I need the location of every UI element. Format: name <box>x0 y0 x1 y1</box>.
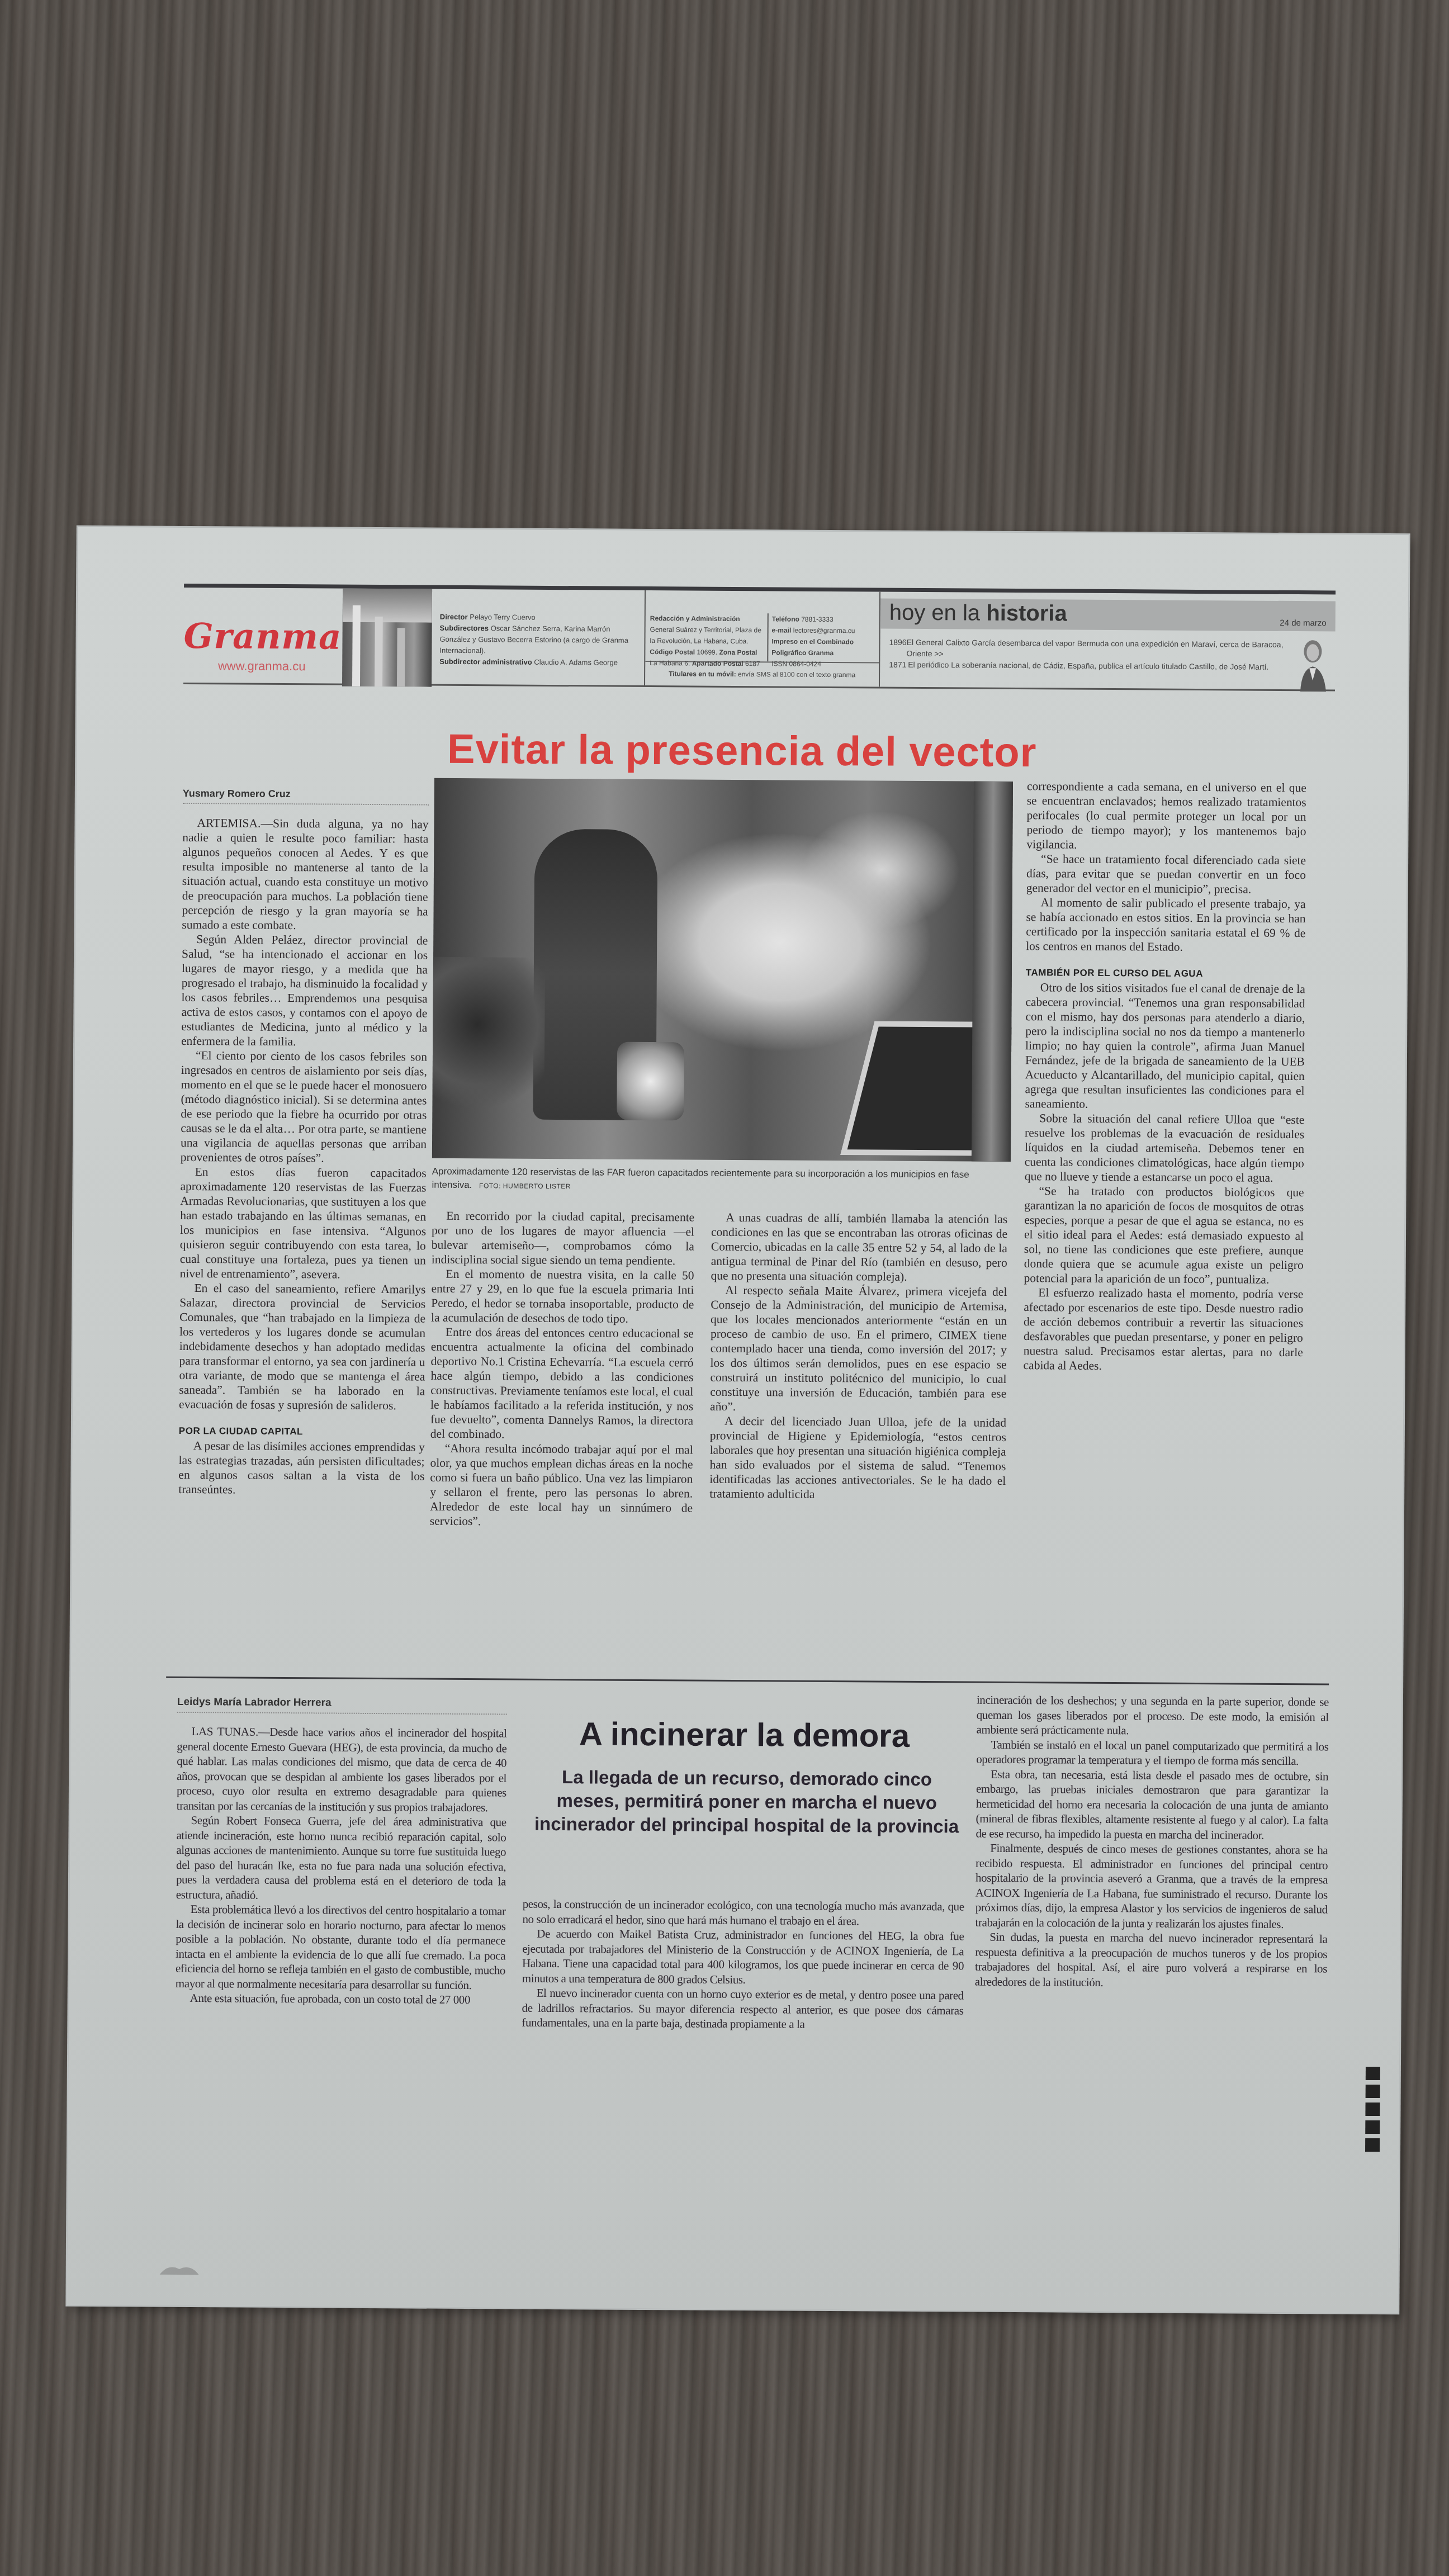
paragraph: Entre dos áreas del entonces centro educ… <box>430 1325 694 1443</box>
printer-stamp-icon <box>157 2261 202 2277</box>
director-name: Pelayo Terry Cuervo <box>470 613 536 622</box>
address-text: General Suárez y Territorial, Plaza de l… <box>650 626 761 645</box>
paragraph: incineración de los deshechos; y una seg… <box>977 1693 1329 1739</box>
phone-value: 7881-3333 <box>801 615 833 623</box>
registration-mark <box>1365 2138 1380 2152</box>
paragraph: En el caso del saneamiento, refiere Amar… <box>179 1281 425 1413</box>
article2-byline: Leidys María Labrador Herrera <box>177 1696 332 1710</box>
paragraph: A unas cuadras de allí, también llamaba … <box>711 1210 1007 1285</box>
article1-byline: Yusmary Romero Cruz <box>183 788 291 800</box>
history-text: El General Calixto García desembarca del… <box>906 637 1285 661</box>
subdirectores-label: Subdirectores <box>440 624 489 633</box>
paragraph: El nuevo incinerador cuenta con un horno… <box>522 1986 963 2033</box>
registration-mark <box>1366 2067 1380 2080</box>
printer-info: Impreso en el Combinado Poligráfico Gran… <box>771 637 854 657</box>
registration-marks <box>1365 2067 1382 2156</box>
paragraph: correspondiente a cada semana, en el uni… <box>1026 779 1306 853</box>
paragraph: En estos días fueron capacitados aproxim… <box>180 1164 427 1282</box>
admin-label: Subdirector administrativo <box>439 657 532 666</box>
zona-label: Zona Postal <box>719 648 757 656</box>
email-value: lectores@granma.cu <box>793 627 855 635</box>
history-year: 1871 <box>889 659 908 670</box>
history-item: 1896El General Calixto García desembarca… <box>889 637 1285 661</box>
article2-column-1: LAS TUNAS.—Desde hace varios años el inc… <box>176 1724 507 2007</box>
sms-text: envía SMS al 8100 con el texto granma <box>738 670 855 679</box>
paragraph: También se instaló en el local un panel … <box>976 1737 1328 1769</box>
phone-label: Teléfono <box>772 615 799 623</box>
paragraph: “Se hace un tratamiento focal diferencia… <box>1026 851 1306 897</box>
history-title: hoy en la historia <box>889 600 1067 627</box>
paragraph: De acuerdo con Maikel Batista Cruz, admi… <box>522 1926 964 1988</box>
paragraph: Sin dudas, la puesta en marcha del nuevo… <box>975 1930 1328 1991</box>
photo-doorframe <box>972 782 1013 1162</box>
photo-fogging-machine <box>617 1042 684 1121</box>
paragraph: Esta obra, tan necesaria, está lista des… <box>976 1767 1328 1843</box>
paragraph: Al momento de salir publicado el present… <box>1026 895 1306 955</box>
paragraph: En recorrido por la ciudad capital, prec… <box>432 1209 695 1268</box>
article1-column-2: En recorrido por la ciudad capital, prec… <box>430 1209 694 1530</box>
paragraph: Según Alden Peláez, director provincial … <box>181 932 428 1050</box>
paragraph: Otro de los sitios visitados fue el cana… <box>1025 980 1305 1112</box>
article1-photo-fumigation <box>432 778 1013 1162</box>
history-title-bold: historia <box>986 601 1067 626</box>
masthead: Granma www.granma.cu Director Pelayo Ter… <box>183 584 1336 692</box>
cp-value: 10699. <box>697 648 717 656</box>
article2-deck: La llegada de un recurso, demorado cinco… <box>528 1765 965 1839</box>
cp-label: Código Postal <box>650 648 695 656</box>
granma-logo: Granma <box>183 615 340 657</box>
history-item: 1871El periódico La soberanía nacional, … <box>889 659 1285 673</box>
byline-rule <box>177 1712 507 1715</box>
section-divider <box>166 1677 1329 1685</box>
paragraph: En el momento de nuestra visita, en la c… <box>431 1267 694 1327</box>
paragraph: Sobre la situación del canal refiere Ull… <box>1025 1111 1305 1185</box>
email-label: e-mail <box>772 626 792 634</box>
masthead-photo <box>342 589 432 687</box>
paragraph: El esfuerzo realizado hasta el momento, … <box>1024 1285 1304 1374</box>
newspaper-page: Granma www.granma.cu Director Pelayo Ter… <box>67 527 1408 2313</box>
article1-column-4: correspondiente a cada semana, en el uni… <box>1024 779 1306 1374</box>
paragraph: Al respecto señala Maite Álvarez, primer… <box>710 1283 1007 1415</box>
photo-caption: Aproximadamente 120 reservistas de las F… <box>432 1165 1010 1196</box>
history-date: 24 de marzo <box>1280 618 1326 628</box>
paragraph: Finalmente, después de cinco meses de ge… <box>975 1841 1328 1932</box>
website-url: www.granma.cu <box>183 659 340 674</box>
history-title-light: hoy en la <box>889 600 981 626</box>
director-label: Director <box>440 613 468 621</box>
paragraph: ARTEMISA.—Sin duda alguna, ya no hay nad… <box>182 816 428 934</box>
subhead-ciudad-capital: POR LA CIUDAD CAPITAL <box>179 1424 425 1440</box>
paragraph: “Ahora resulta incómodo trabajar aquí po… <box>430 1441 693 1530</box>
article1-headline: Evitar la presencia del vector <box>77 723 1407 779</box>
staff-credits: Director Pelayo Terry Cuervo Subdirector… <box>432 589 645 685</box>
history-text: El periódico La soberanía nacional, de C… <box>908 659 1268 673</box>
paragraph: A decir del licenciado Juan Ulloa, jefe … <box>709 1414 1006 1503</box>
byline-rule <box>183 803 429 806</box>
paragraph: Según Robert Fonseca Guerra, jefe del ár… <box>176 1813 506 1904</box>
admin-name: Claudio A. Adams George <box>534 658 618 667</box>
paragraph: “El ciento por ciento de los casos febri… <box>181 1048 427 1166</box>
article1-column-1: ARTEMISA.—Sin duda alguna, ya no hay nad… <box>178 816 428 1498</box>
history-year: 1896 <box>889 637 906 659</box>
jose-marti-portrait-icon <box>1296 636 1330 692</box>
address-block: Redacción y Administración General Suáre… <box>644 590 879 687</box>
history-header: hoy en la historia 24 de marzo <box>880 599 1336 632</box>
paragraph: A pesar de las disímiles acciones empren… <box>178 1438 425 1498</box>
sms-line: Titulares en tu móvil: envía SMS al 8100… <box>645 662 879 679</box>
paragraph: “Se ha tratado con productos biológicos … <box>1024 1183 1304 1287</box>
paragraph: LAS TUNAS.—Desde hace varios años el inc… <box>177 1724 507 1815</box>
paragraph: Ante esta situación, fue aprobada, con u… <box>176 1991 505 2007</box>
registration-mark <box>1366 2085 1380 2098</box>
paragraph: pesos, la construcción de un incinerador… <box>522 1897 964 1929</box>
registration-mark <box>1365 2120 1380 2134</box>
today-in-history: hoy en la historia 24 de marzo 1896El Ge… <box>879 592 1336 690</box>
logo-block: Granma www.granma.cu <box>183 588 340 684</box>
subhead-curso-del-agua: TAMBIÉN POR EL CURSO DEL AGUA <box>1026 965 1305 982</box>
address-label: Redacción y Administración <box>650 614 740 623</box>
sms-label: Titulares en tu móvil: <box>669 670 736 678</box>
photo-credit: FOTO: HUMBERTO LISTER <box>479 1182 571 1190</box>
history-list: 1896El General Calixto García desembarca… <box>880 629 1335 673</box>
article2-column-3: incineración de los deshechos; y una seg… <box>975 1693 1329 1991</box>
article2-column-2: pesos, la construcción de un incinerador… <box>522 1897 964 2033</box>
registration-mark <box>1365 2103 1380 2116</box>
photo-plant <box>432 957 545 1125</box>
paragraph: Esta problemática llevó a los directivos… <box>176 1902 506 1993</box>
article2-headline: A incinerar la demora <box>523 1715 965 1755</box>
article1-column-3: A unas cuadras de allí, también llamaba … <box>709 1210 1007 1503</box>
